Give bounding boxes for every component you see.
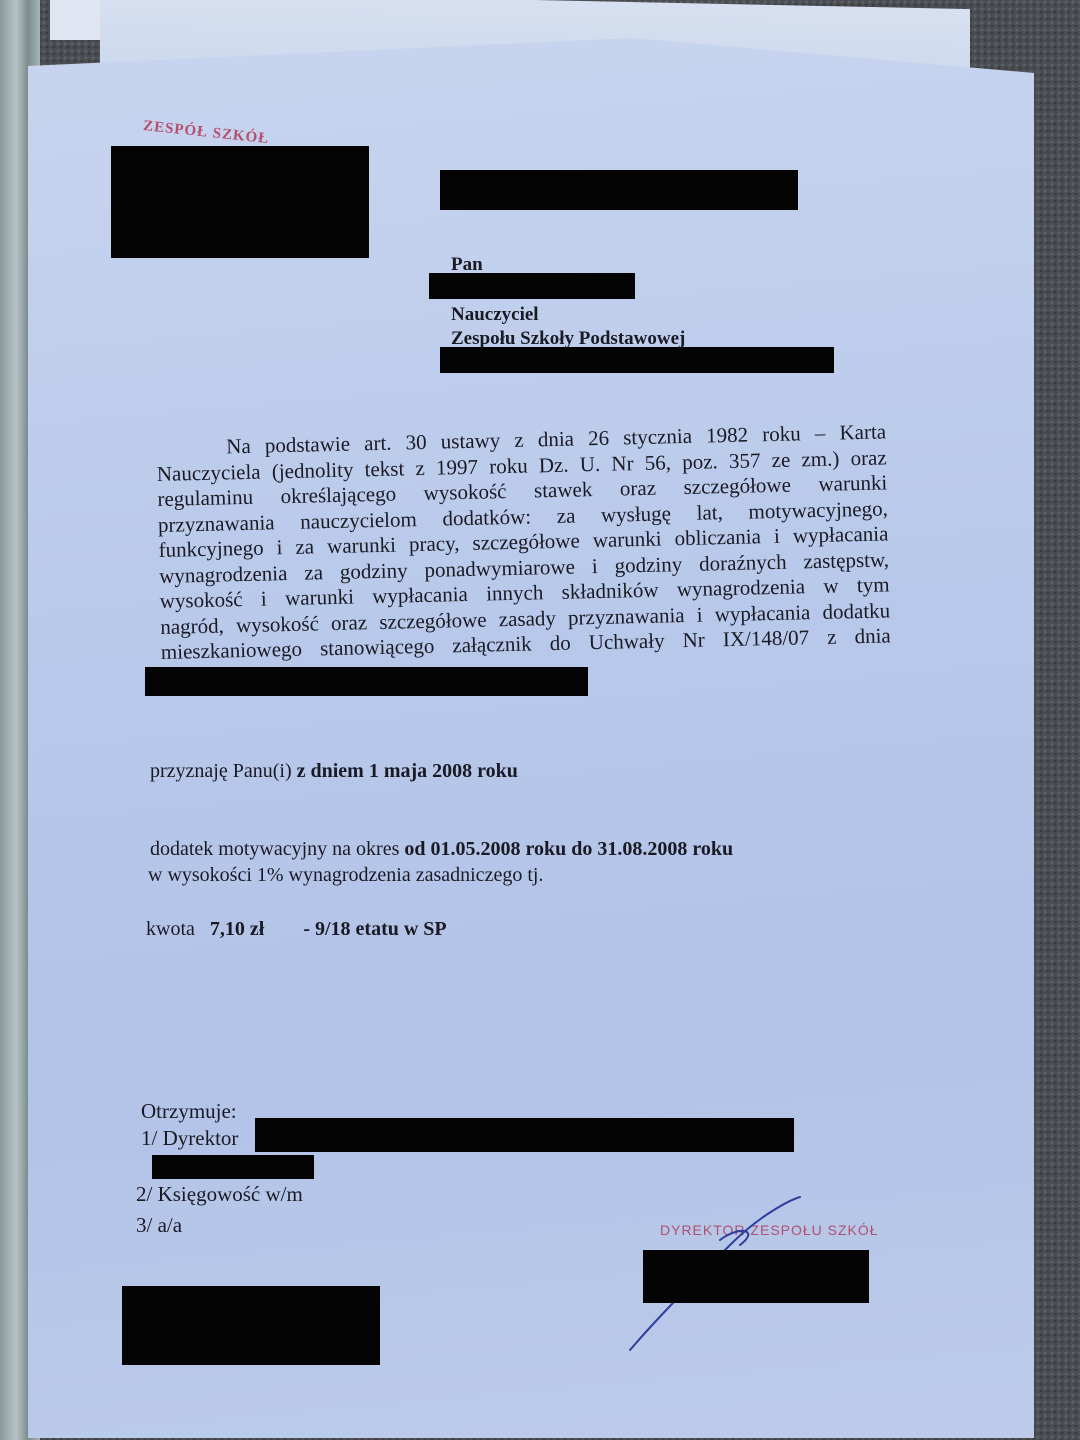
distribution-item: 1/ Dyrektor [141, 1126, 238, 1151]
redacted-footer-block [122, 1286, 380, 1365]
allowance-line: dodatek motywacyjny na okres od 01.05.20… [150, 838, 733, 861]
redacted-director-signature-name [643, 1250, 869, 1303]
grant-date: z dniem 1 maja 2008 roku [297, 760, 518, 782]
allowance-rate-line: w wysokości 1% wynagrodzenia zasadniczeg… [148, 864, 543, 887]
recipient-role: Nauczyciel [451, 304, 539, 326]
redacted-director-name [255, 1118, 794, 1152]
redacted-director-school [152, 1155, 314, 1179]
redacted-school-address [440, 347, 834, 373]
grant-line: przyznaję Panu(i) z dniem 1 maja 2008 ro… [150, 760, 518, 783]
amount-line: kwota 7,10 zł - 9/18 etatu w SP [146, 918, 447, 941]
distribution-item: 2/ Księgowość w/m [136, 1182, 303, 1207]
distribution-item: 3/ a/a [136, 1213, 182, 1238]
allowance-prefix: dodatek motywacyjny na okres [150, 838, 399, 860]
document-content: ZESPÓŁ SZKÓŁ Pan Nauczyciel Zespołu Szko… [0, 0, 1080, 1440]
amount-label: kwota [146, 918, 195, 940]
redacted-resolution-date [145, 667, 588, 696]
grant-prefix: przyznaję Panu(i) [150, 760, 292, 782]
redacted-recipient-name [429, 273, 635, 299]
redacted-date-line [440, 170, 798, 210]
legal-basis-paragraph: Na podstawie art. 30 ustawy z dnia 26 st… [156, 419, 891, 665]
redacted-sender-block [111, 146, 369, 258]
school-stamp-header: ZESPÓŁ SZKÓŁ [142, 118, 270, 148]
allowance-period: od 01.05.2008 roku do 31.08.2008 roku [404, 838, 733, 860]
amount-value: 7,10 zł [210, 918, 264, 940]
amount-detail: - 9/18 etatu w SP [303, 918, 446, 940]
distribution-heading: Otrzymuje: [141, 1099, 237, 1124]
